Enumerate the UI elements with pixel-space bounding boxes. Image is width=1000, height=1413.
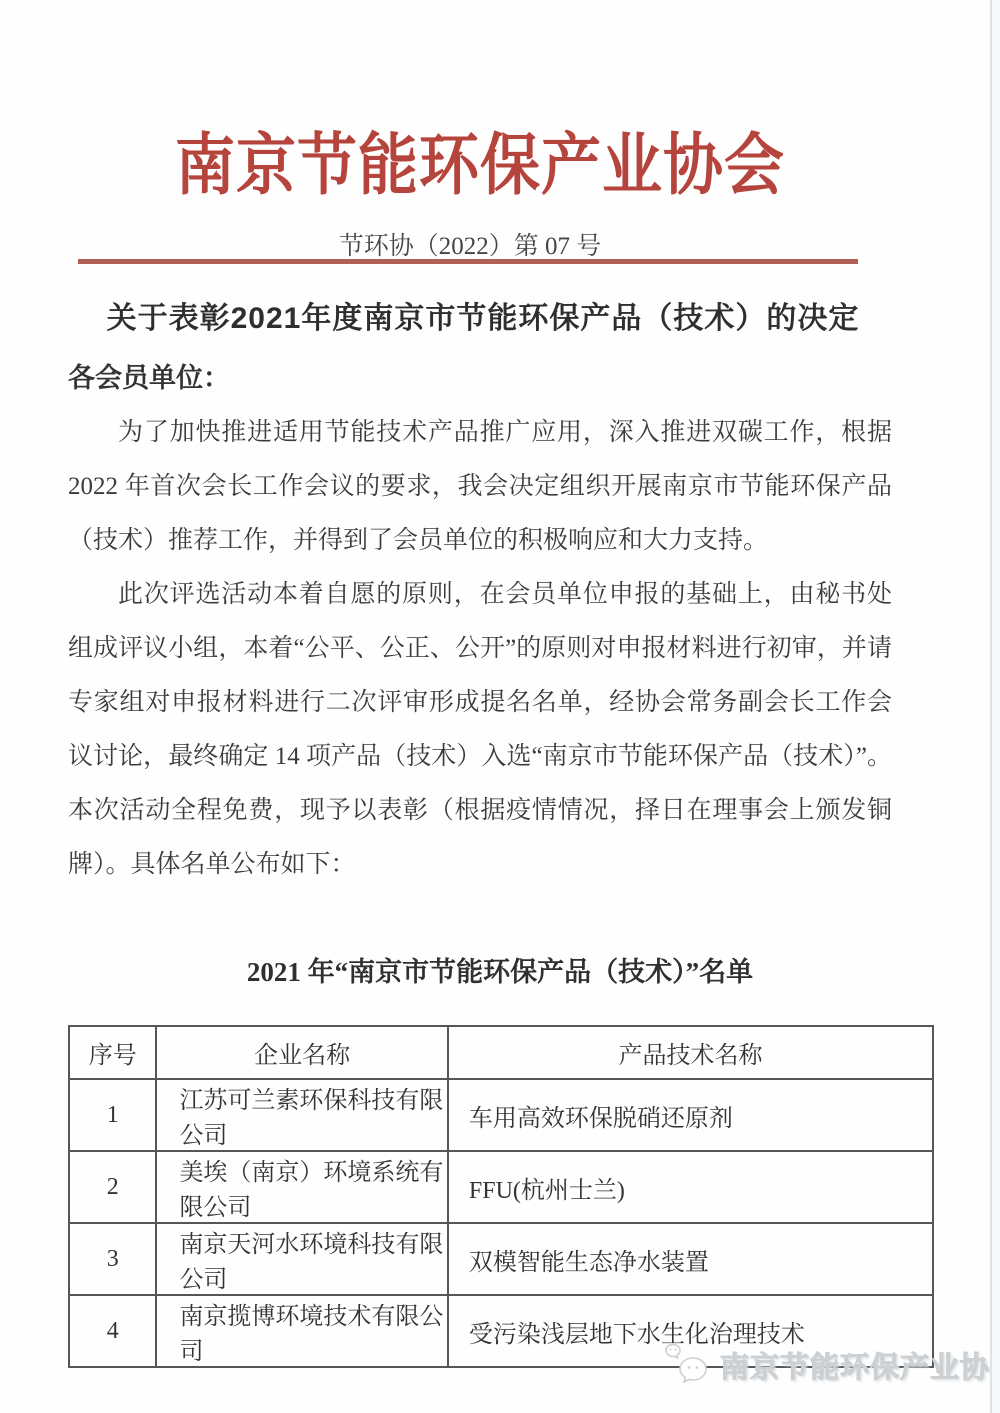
org-title: 南京节能环保产业协会 (0, 112, 960, 208)
table-row: 1 江苏可兰素环保科技有限公司 车用高效环保脱硝还原剂 (69, 1079, 933, 1151)
page-edge-line (990, 0, 992, 1413)
table-row: 3 南京天河水环境科技有限公司 双模智能生态净水装置 (69, 1223, 933, 1295)
paragraph-1: 为了加快推进适用节能技术产品推广应用，深入推进双碳工作，根据 2022 年首次会… (68, 406, 892, 568)
cell-company: 南京天河水环境科技有限公司 (156, 1223, 447, 1295)
watermark: 南京节能环保产业协会 (660, 1342, 1000, 1388)
red-divider (78, 259, 858, 264)
wechat-icon (660, 1342, 712, 1388)
list-title: 2021 年“南京市节能环保产品（技术）”名单 (0, 950, 1000, 989)
cell-index: 4 (69, 1295, 156, 1367)
awards-table: 序号 企业名称 产品技术名称 1 江苏可兰素环保科技有限公司 车用高效环保脱硝还… (68, 1025, 934, 1368)
document-page: 南京节能环保产业协会 节环协（2022）第 07 号 关于表彰2021年度南京市… (0, 0, 1000, 1413)
cell-index: 3 (69, 1223, 156, 1295)
cell-index: 2 (69, 1151, 156, 1223)
cell-product: 车用高效环保脱硝还原剂 (448, 1079, 933, 1151)
salutation: 各会员单位： (68, 356, 230, 395)
page-edge-margin (992, 0, 1000, 1413)
cell-company: 美埃（南京）环境系统有限公司 (156, 1151, 447, 1223)
cell-company: 江苏可兰素环保科技有限公司 (156, 1079, 447, 1151)
col-header-company: 企业名称 (156, 1026, 447, 1079)
col-header-index: 序号 (69, 1026, 156, 1079)
watermark-text: 南京节能环保产业协会 (720, 1345, 1000, 1386)
paragraph-2: 此次评选活动本着自愿的原则，在会员单位申报的基础上，由秘书处组成评议小组，本着“… (68, 568, 892, 892)
cell-company: 南京揽博环境技术有限公司 (156, 1295, 447, 1367)
doc-number: 节环协（2022）第 07 号 (0, 226, 940, 262)
cell-index: 1 (69, 1079, 156, 1151)
cell-product: 双模智能生态净水装置 (448, 1223, 933, 1295)
cell-product: FFU(杭州士兰) (448, 1151, 933, 1223)
col-header-product: 产品技术名称 (448, 1026, 933, 1079)
table-row: 2 美埃（南京）环境系统有限公司 FFU(杭州士兰) (69, 1151, 933, 1223)
document-body: 为了加快推进适用节能技术产品推广应用，深入推进双碳工作，根据 2022 年首次会… (68, 406, 892, 892)
decision-title: 关于表彰2021年度南京市节能环保产品（技术）的决定 (0, 293, 966, 337)
table-header-row: 序号 企业名称 产品技术名称 (69, 1026, 933, 1079)
